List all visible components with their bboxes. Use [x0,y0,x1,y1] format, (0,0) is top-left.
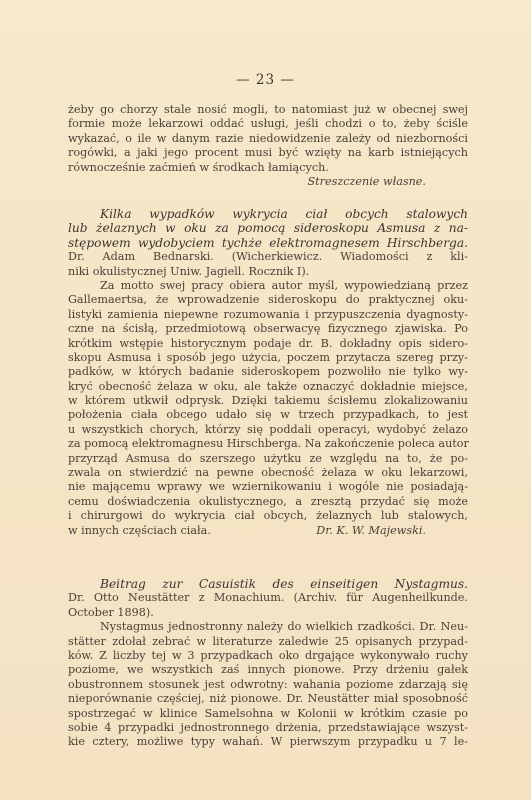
article-2: Beitrag zur Casuistik des einseitigen Ny… [68,577,468,750]
document-page: — 23 — żeby go chorzy stale nosić mogli,… [0,0,531,800]
article-1-body-line: przyrząd Asmusa do szerszego użytku ze w… [68,452,468,466]
article-1-title-line: lub żelaznych w oku za pomocą sideroskop… [68,221,468,235]
article-1-body-line: Za motto swej pracy obiera autor myśl, w… [68,279,468,293]
article-1-body-line: cemu doświadczenia okulistycznego, a zre… [68,495,468,509]
article-1-last-line-text: w innych częściach ciała. [68,524,211,537]
article-1-body-line: Gallemaertsa, że wprowadzenie sideroskop… [68,293,468,307]
article-1-body-line: i chirurgowi do wykrycia ciał obcych, że… [68,509,468,523]
article-1-signature: Dr. K. W. Majewski. [316,524,426,538]
article-2-body-line: sobie 4 przypadki jednostronnego drżenia… [68,721,468,735]
article-2-body-line: ków. Z liczby tej w 3 przypadkach oko dr… [68,649,468,663]
article-1-title-line: Kilka wypadków wykrycia ciał obcych stal… [68,207,468,221]
article-1-body-line: nie mającemu wprawy we wziernikowaniu i … [68,480,468,494]
intro-signature: Streszczenie własne. [68,175,468,189]
article-1-body-line: położenia ciała obcego udało się w trzec… [68,408,468,422]
article-1: Kilka wypadków wykrycia ciał obcych stal… [68,207,468,538]
article-2-title-line: Beitrag zur Casuistik des einseitigen Ny… [68,577,468,591]
text-line: wykazać, o ile w danym razie niedowidzen… [68,132,468,146]
page-number: — 23 — [0,72,531,88]
article-1-title-line: stępowem wydobyciem tychże elektromagnes… [68,236,468,250]
text-line: formie może lekarzowi oddać usługi, jeśl… [68,117,468,131]
article-1-body-line: u wszystkich chorych, którzy się poddali… [68,423,468,437]
text-line: żeby go chorzy stale nosić mogli, to nat… [68,103,468,117]
article-1-body-line: kryć obecność żelaza w oku, ale także oz… [68,380,468,394]
article-2-body-line: nieporównanie częściej, niż pionowe. Dr.… [68,692,468,706]
article-2-body-line: Nystagmus jednostronny należy do wielkic… [68,620,468,634]
article-1-body-line: w którem utkwił odprysk. Dzięki takiemu … [68,394,468,408]
text-line: rogówki, a jaki jego procent musi być wz… [68,146,468,160]
article-1-citation-line: niki okulistycznej Uniw. Jagiell. Roczni… [68,265,468,279]
article-2-citation-line: Dr. Otto Neustätter z Monachium. (Archiv… [68,591,468,605]
article-2-body-line: spostrzegać w klinice Samelsohna w Kolon… [68,707,468,721]
article-1-body-line: listyki zamienia niepewne rozumowania i … [68,308,468,322]
article-1-citation-line: Dr. Adam Bednarski. (Wicherkiewicz. Wiad… [68,250,468,264]
article-1-body-line: krótkim wstępie historycznym podaje dr. … [68,337,468,351]
text-line: równocześnie zaćmień w środkach łamiącyc… [68,161,468,175]
article-2-body-line: obustronnem stosunek jest odwrotny: waha… [68,678,468,692]
article-2-body-line: stätter zdołał zebrać w literaturze zale… [68,635,468,649]
article-2-body-line: poziome, we wszystkich zaś innych pionow… [68,663,468,677]
article-2-citation-line: October 1898). [68,606,468,620]
article-1-body-line: za pomocą elektromagnesu Hirschberga. Na… [68,437,468,451]
article-1-body-line: skopu Asmusa i sposób jego użycia, pocze… [68,351,468,365]
article-1-body-line: padków, w których badanie sideroskopem p… [68,365,468,379]
article-2-body-line: kie cztery, możliwe typy wahań. W pierws… [68,735,468,749]
intro-paragraph: żeby go chorzy stale nosić mogli, to nat… [68,103,468,189]
article-1-body-line: zwala on stwierdzić na pewne obecność że… [68,466,468,480]
article-1-body-line: w innych częściach ciała. Dr. K. W. Maje… [68,524,468,538]
article-1-body-line: czne na ścisłą, przedmiotową obserwacyę … [68,322,468,336]
